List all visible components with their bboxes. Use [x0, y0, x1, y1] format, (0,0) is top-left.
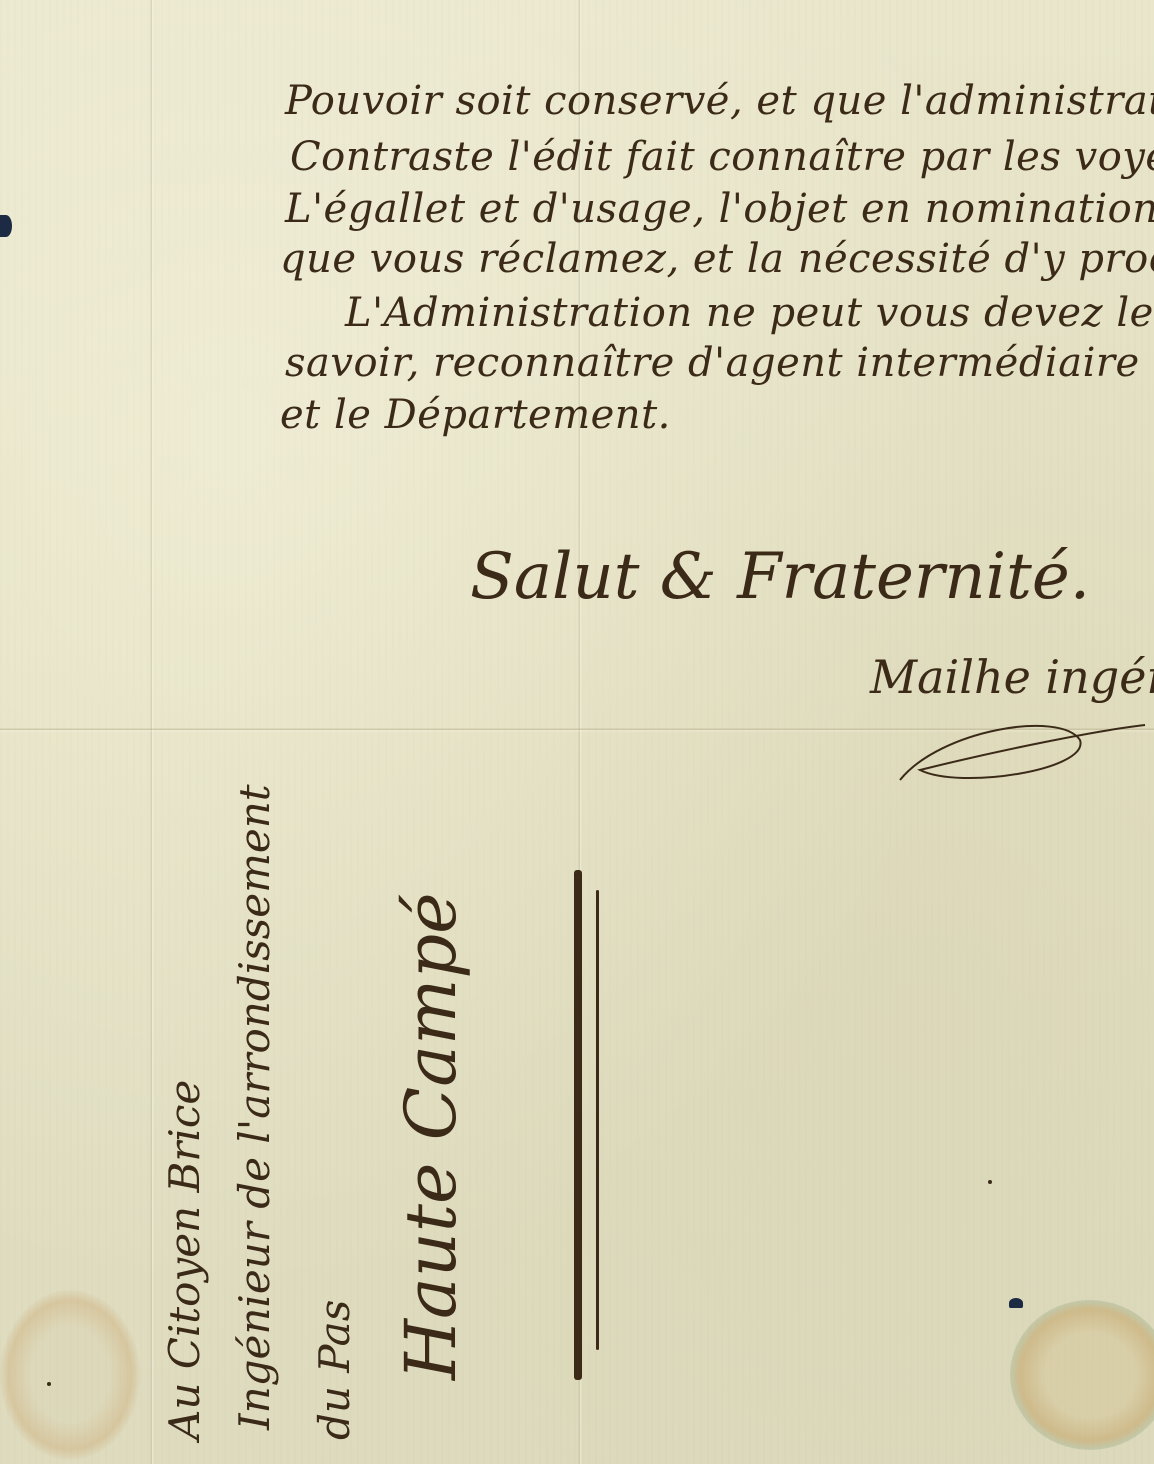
closing-salutation: Salut & Fraternité.: [470, 540, 1090, 614]
paper-tear: [1009, 1298, 1023, 1308]
address-line: Haute Campé: [390, 892, 472, 1380]
water-stain: [0, 1290, 140, 1460]
body-line: et le Département.: [280, 392, 671, 438]
paper-tear: [0, 215, 12, 237]
body-line: Contraste l'édit fait connaître par les …: [290, 134, 1154, 180]
body-line: Pouvoir soit conservé, et que l'administ…: [285, 78, 1154, 124]
ink-spot: [47, 1382, 51, 1386]
underline-flourish: [596, 890, 599, 1350]
underline-flourish: [574, 870, 582, 1380]
signature-flourish: [880, 690, 1150, 800]
fold-crease-vertical: [150, 0, 154, 1464]
body-line: L'Administration ne peut vous devez le: [345, 290, 1154, 336]
ink-spot: [988, 1180, 992, 1184]
body-line: savoir, reconnaître d'agent intermédiair…: [285, 340, 1154, 386]
address-line: Ingénieur de l'arrondissement: [230, 784, 279, 1430]
address-line: Au Citoyen Brice: [160, 1080, 209, 1440]
address-line: du Pas: [310, 1300, 359, 1440]
body-line: L'égallet et d'usage, l'objet en nominat…: [285, 186, 1154, 232]
body-line: que vous réclamez, et la nécessité d'y p…: [280, 236, 1154, 282]
